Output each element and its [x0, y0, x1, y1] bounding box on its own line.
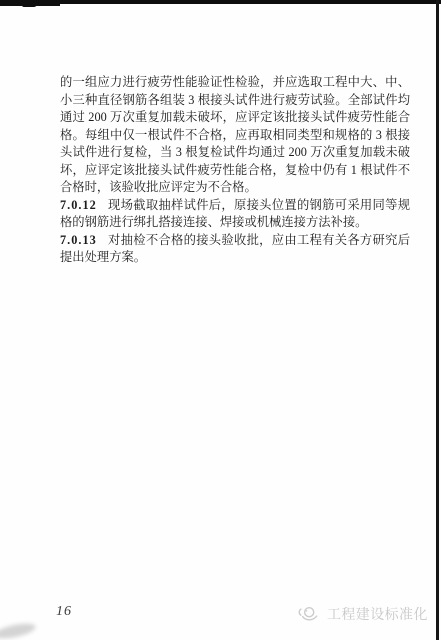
scan-artifact-top-edge — [0, 0, 441, 4]
body-line: 坏，应评定该批接头试件疲劳性能合格，复检中仍有 1 根试件不 — [60, 162, 410, 180]
publisher-watermark: 工程建设标准化 — [297, 603, 428, 624]
page-number: 16 — [56, 604, 72, 620]
body-line: 小三种直径钢筋各组装 3 根接头试件进行疲劳试验。全部试件均 — [60, 92, 410, 110]
scan-artifact-right-edge — [436, 0, 439, 640]
body-line: 通过 200 万次重复加载未破坏，应评定该批接头试件疲劳性能合 — [60, 109, 410, 127]
scan-artifact-smudge — [0, 621, 37, 640]
clause-7-0-13-line: 7.0.13对抽检不合格的接头验收批，应由工程有关各方研究后 — [60, 232, 410, 250]
clause-7-0-12-text: 现场截取抽样试件后，原接头位置的钢筋可采用同等规 — [108, 198, 410, 212]
body-text-block: 的一组应力进行疲劳性能验证性检验，并应选取工程中大、中、 小三种直径钢筋各组装 … — [60, 74, 410, 267]
body-line: 合格时，该验收批应评定为不合格。 — [60, 179, 410, 197]
clause-7-0-13-number: 7.0.13 — [60, 233, 97, 247]
scanned-page: 的一组应力进行疲劳性能验证性检验，并应选取工程中大、中、 小三种直径钢筋各组装 … — [0, 0, 441, 640]
body-line: 格。每组中仅一根试件不合格，应再取相同类型和规格的 3 根接 — [60, 127, 410, 145]
body-line: 格的钢筋进行绑扎搭接连接、焊接或机械连接方法补接。 — [60, 214, 410, 232]
body-line: 的一组应力进行疲劳性能验证性检验，并应选取工程中大、中、 — [60, 74, 410, 92]
clause-7-0-12-number: 7.0.12 — [60, 198, 97, 212]
body-line: 头试件进行复检，当 3 根复检试件均通过 200 万次重复加载未破 — [60, 144, 410, 162]
clause-7-0-12-line: 7.0.12现场截取抽样试件后，原接头位置的钢筋可采用同等规 — [60, 197, 410, 215]
clause-7-0-13-text: 对抽检不合格的接头验收批，应由工程有关各方研究后 — [108, 233, 410, 247]
standardization-logo-icon — [297, 603, 324, 624]
body-line: 提出处理方案。 — [60, 249, 410, 267]
watermark-label: 工程建设标准化 — [327, 604, 428, 624]
